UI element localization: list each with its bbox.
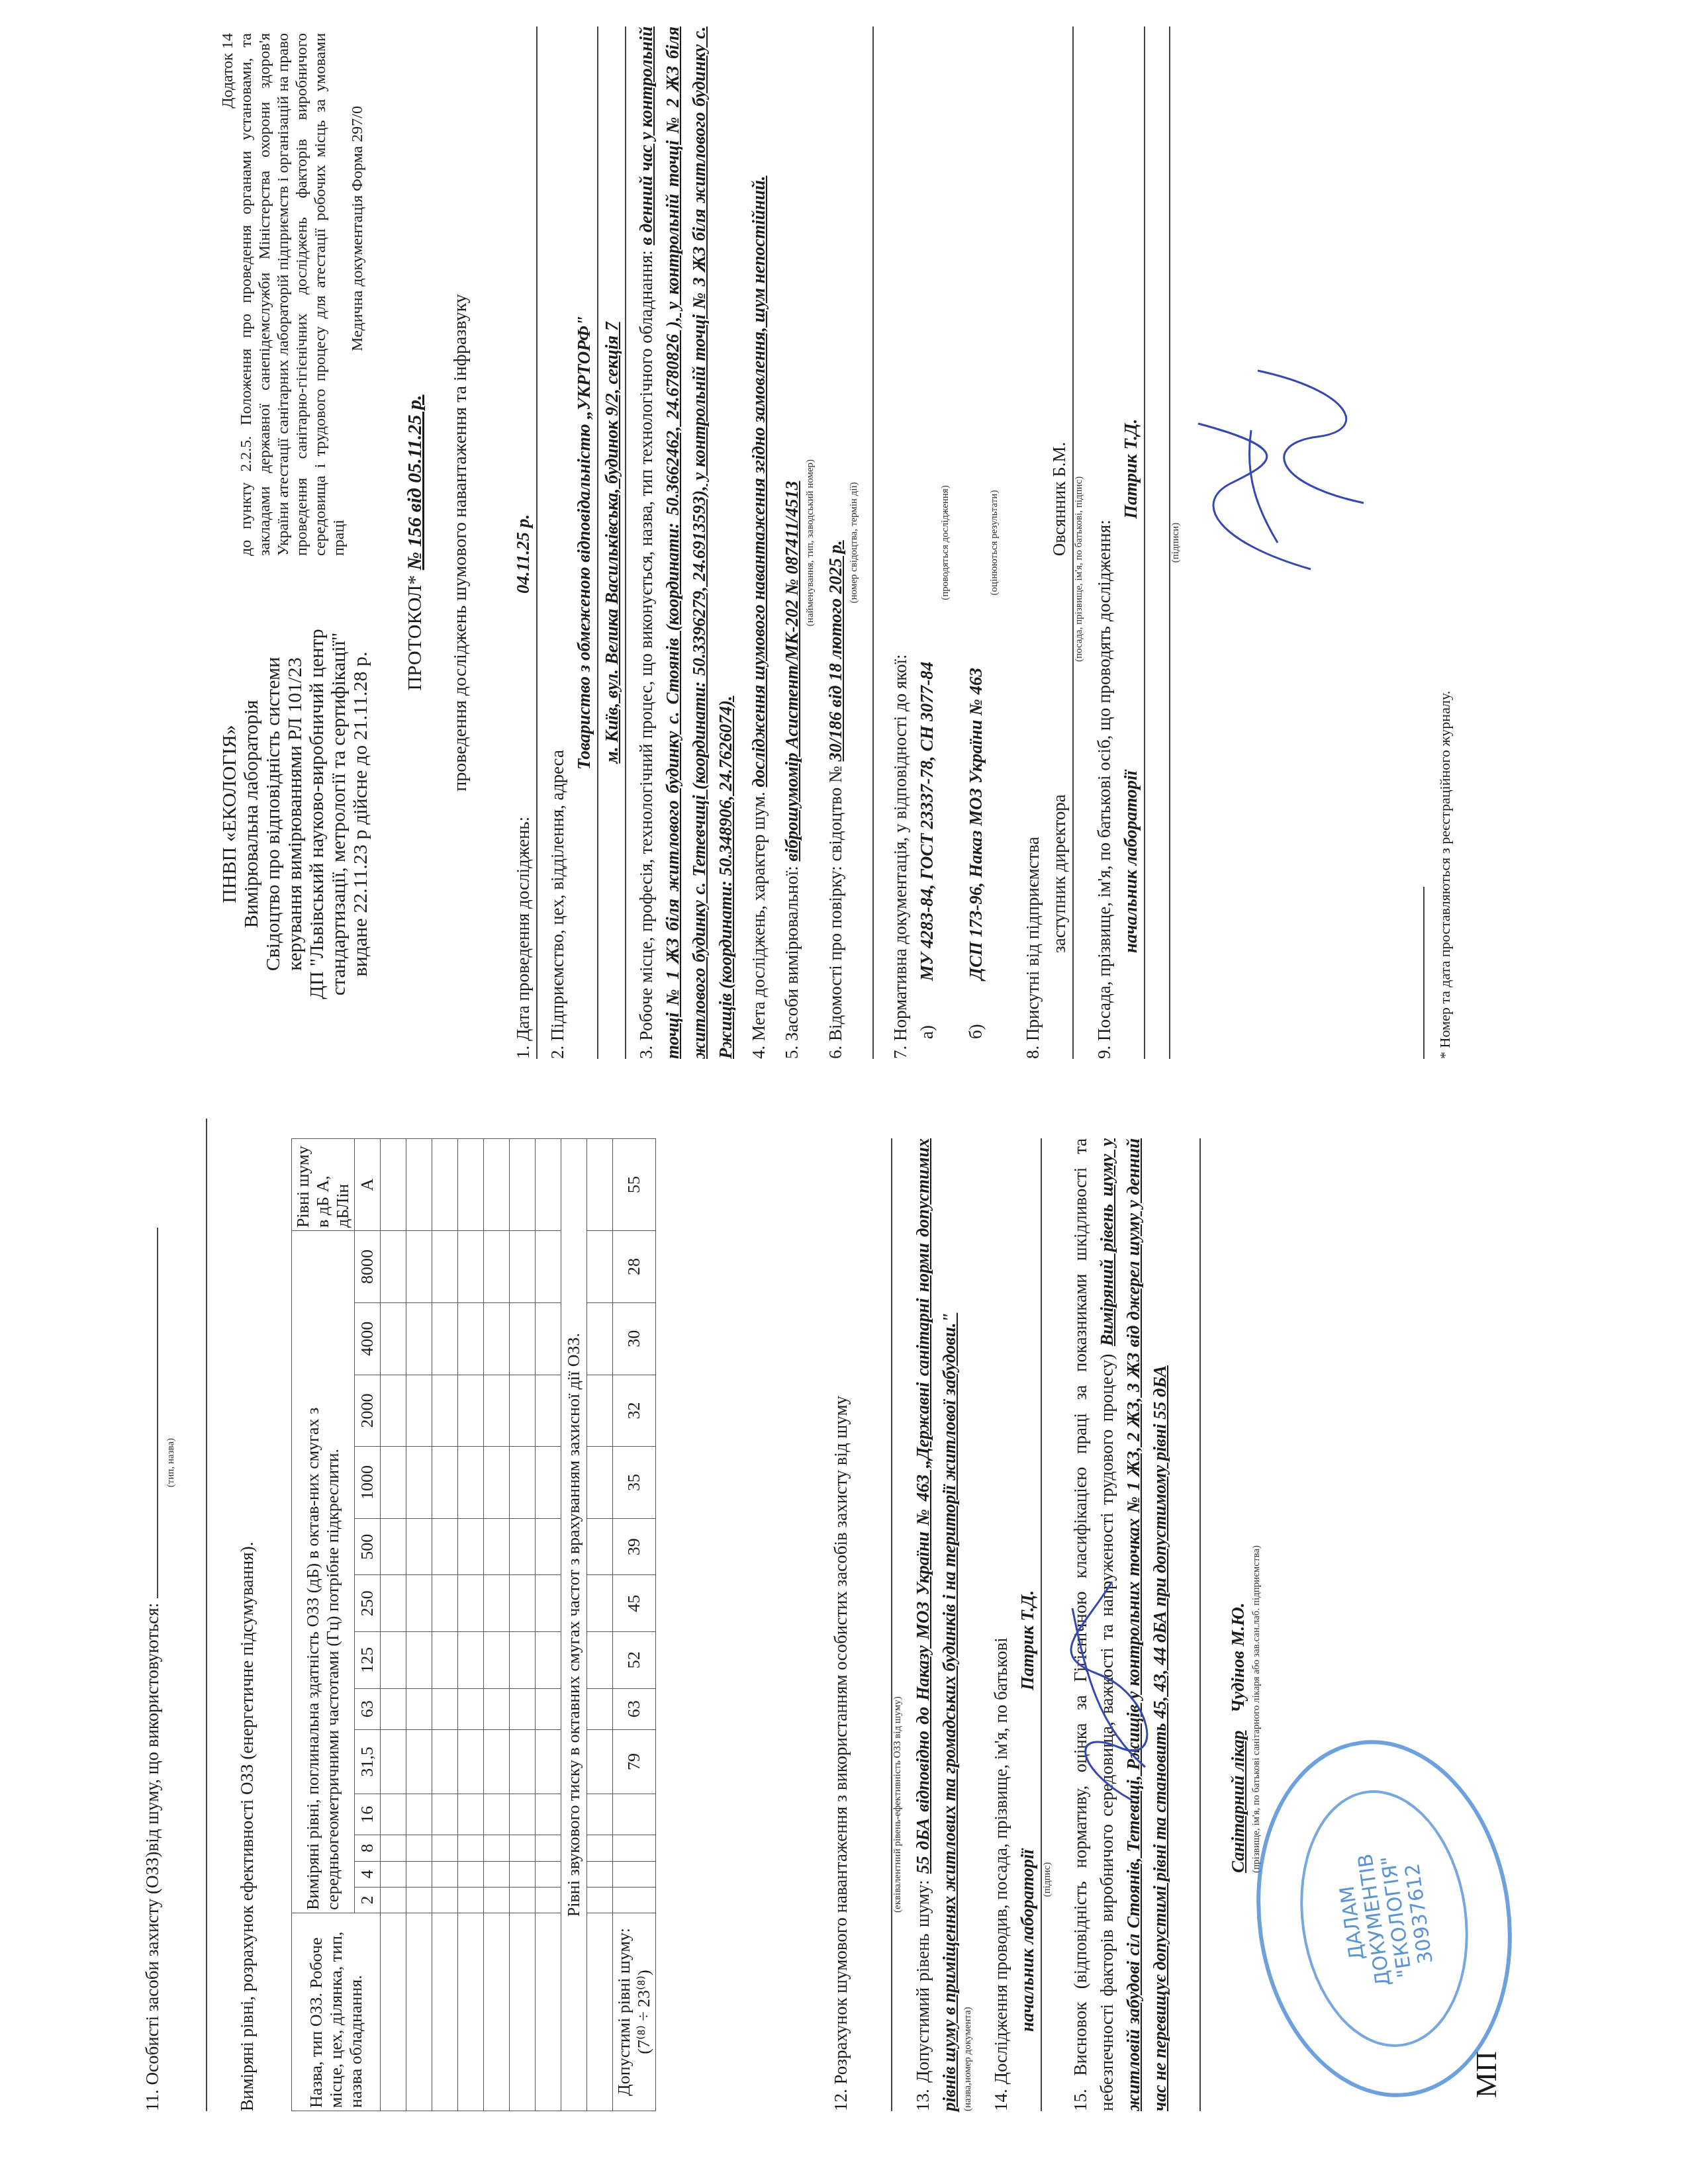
table-cell bbox=[510, 1632, 536, 1689]
table-cell bbox=[587, 1913, 613, 2111]
normative-label: 7. Нормативна документація, у відповідно… bbox=[887, 26, 914, 1059]
table-cell bbox=[432, 1887, 458, 1913]
table-cell bbox=[536, 1447, 561, 1519]
frequency-header: 2 bbox=[355, 1887, 381, 1913]
cert-line: ДП "Львівський науково-виробничий центр bbox=[306, 569, 328, 1059]
lab-info: ПНВП «ЕКОЛОГІЯ» Вимірювальна лабораторія… bbox=[218, 569, 371, 1059]
allowed-level-cell: 52 bbox=[613, 1632, 656, 1689]
table-cell bbox=[536, 1887, 561, 1913]
col-header-octave-levels: Виміряні рівні, поглинальна здатність ОЗ… bbox=[292, 1231, 355, 1913]
section-11: 11. Особисті засоби захисту (ОЗЗ)від шум… bbox=[139, 1118, 260, 2111]
noise-load-hint: (еквівалентний рівень-ефективність ОЗЗ в… bbox=[892, 1648, 903, 1913]
frequency-header: 8000 bbox=[355, 1231, 381, 1303]
table-cell bbox=[587, 1375, 613, 1447]
table-cell bbox=[432, 1729, 458, 1794]
table-cell bbox=[536, 1688, 561, 1729]
ozz-effect-label: Рівні звукового тиску в октавних смугах … bbox=[561, 1139, 587, 2111]
table-cell bbox=[510, 1861, 536, 1887]
table-cell bbox=[484, 1861, 510, 1887]
normative-a-label: а) bbox=[917, 1025, 937, 1039]
instrument-hint: (найменування, тип, заводський номер) bbox=[805, 26, 816, 1059]
table-cell bbox=[406, 1575, 432, 1632]
table-cell bbox=[432, 1913, 458, 2111]
table-cell bbox=[484, 1913, 510, 2111]
allowed-level-hint: (назва,номер документа) bbox=[962, 1138, 973, 2111]
table-cell bbox=[432, 1139, 458, 1231]
workplace-label: 3. Робоче місце, професія, технологічний… bbox=[636, 250, 656, 1059]
table-cell bbox=[510, 1231, 536, 1303]
table-cell bbox=[381, 1231, 406, 1303]
ozz-effect-row: Рівні звукового тиску в октавних смугах … bbox=[561, 1139, 587, 2111]
ozz-used-hint: (тип, назва) bbox=[165, 1277, 176, 1648]
table-cell bbox=[458, 1575, 484, 1632]
table-cell bbox=[587, 1518, 613, 1575]
table-row bbox=[536, 1139, 561, 2111]
table-cell bbox=[510, 1913, 536, 2111]
header: ПНВП «ЕКОЛОГІЯ» Вимірювальна лабораторія… bbox=[218, 26, 391, 1059]
table-cell bbox=[510, 1688, 536, 1729]
table-cell bbox=[432, 1518, 458, 1575]
blank-row bbox=[587, 1139, 613, 2111]
normative-b-value: ДСП 173-96, Наказ МОЗ України № 463 bbox=[966, 668, 986, 980]
table-cell bbox=[406, 1447, 432, 1519]
frequency-header: 16 bbox=[355, 1794, 381, 1835]
table-cell bbox=[381, 1447, 406, 1519]
table-cell bbox=[406, 1861, 432, 1887]
normative-b-label: б) bbox=[966, 1024, 986, 1039]
table-cell bbox=[510, 1887, 536, 1913]
protocol-label: ПРОТОКОЛ* bbox=[404, 575, 426, 691]
table-cell bbox=[536, 1231, 561, 1303]
allowed-level-cell bbox=[613, 1861, 656, 1887]
appendix-text: до пункту 2.2.5. Положення про проведенн… bbox=[237, 33, 348, 556]
table-cell bbox=[381, 1302, 406, 1375]
purpose-label: 4. Мета досліджень, характер шум. bbox=[749, 792, 769, 1059]
table-cell bbox=[432, 1861, 458, 1887]
researchers-name: Патрик Т.Д. bbox=[1117, 419, 1144, 519]
table-cell bbox=[510, 1835, 536, 1861]
table-cell bbox=[510, 1729, 536, 1794]
table-cell bbox=[484, 1632, 510, 1689]
allowed-level-cell bbox=[613, 1794, 656, 1835]
allowed-levels-label: Допустимі рівні шуму: (7⁽⁸⁾ ÷ 23⁽⁸⁾) bbox=[613, 1913, 656, 2111]
signature-head-icon bbox=[1244, 357, 1377, 516]
table-cell bbox=[536, 1729, 561, 1794]
footnote-divider bbox=[1423, 887, 1425, 1059]
table-cell bbox=[381, 1375, 406, 1447]
table-cell bbox=[406, 1887, 432, 1913]
researchers-role: начальник лабораторії bbox=[1117, 770, 1144, 953]
table-cell bbox=[587, 1835, 613, 1861]
protocol-subtitle: проведення досліджень шумового навантаже… bbox=[450, 26, 471, 1059]
researchers-label: 9. Посада, прізвище, ім'я, по батькові о… bbox=[1091, 26, 1117, 1059]
instrument-value: віброшумомір Асистент/МК-202 № 087411/45… bbox=[782, 481, 802, 862]
left-page: 11. Особисті засоби захисту (ОЗЗ)від шум… bbox=[0, 1118, 1688, 2111]
table-cell bbox=[381, 1632, 406, 1689]
table-cell bbox=[458, 1518, 484, 1575]
table-cell bbox=[458, 1887, 484, 1913]
allowed-level-label: 13. Допустимий рівень шуму: bbox=[913, 1880, 933, 2111]
table-cell bbox=[587, 1887, 613, 1913]
table-cell bbox=[536, 1632, 561, 1689]
ozz-efficiency-table: Назва, тип ОЗЗ. Робоче місце, цех, ділян… bbox=[291, 1138, 656, 2111]
ozz-used-label: 11. Особисті засоби захисту (ОЗЗ)від шум… bbox=[142, 1603, 162, 2111]
frequency-header: 8 bbox=[355, 1835, 381, 1861]
table-row bbox=[432, 1139, 458, 2111]
divider bbox=[872, 26, 874, 1059]
table-cell bbox=[406, 1632, 432, 1689]
table-title: Виміряні рівні, розрахунок ефективності … bbox=[234, 1118, 260, 2111]
enterprise-label: 2. Підприємство, цех, відділення, адреса bbox=[544, 26, 571, 1059]
table-cell bbox=[381, 1794, 406, 1835]
appendix-title: Додаток 14 bbox=[218, 33, 237, 556]
col-header-noise-level: Рівні шуму в дБ А, дБЛін bbox=[292, 1139, 355, 1231]
table-cell bbox=[484, 1518, 510, 1575]
allowed-level-cell: 32 bbox=[613, 1375, 656, 1447]
table-cell bbox=[510, 1302, 536, 1375]
instrument-label: 5. Засоби вимірювальної: bbox=[782, 866, 802, 1059]
table-cell bbox=[381, 1835, 406, 1861]
allowed-level-cell: 28 bbox=[613, 1231, 656, 1303]
frequency-header: 125 bbox=[355, 1632, 381, 1689]
table-cell bbox=[458, 1861, 484, 1887]
right-page: ПНВП «ЕКОЛОГІЯ» Вимірювальна лабораторія… bbox=[0, 26, 1688, 1059]
signature-researcher-icon bbox=[1059, 1569, 1165, 1807]
enterprise-address: м. Київ, вул. Велика Васильківська, буди… bbox=[598, 26, 626, 1059]
frequency-header: 1000 bbox=[355, 1447, 381, 1519]
table-cell bbox=[536, 1913, 561, 2111]
table-cell bbox=[587, 1861, 613, 1887]
cert-line: стандартизації, метрології та сертифікац… bbox=[328, 569, 350, 1059]
table-cell bbox=[484, 1794, 510, 1835]
appendix-info: Додаток 14 до пункту 2.2.5. Положення пр… bbox=[218, 33, 367, 556]
divider bbox=[891, 1138, 892, 2111]
protocol-title: ПРОТОКОЛ* № 156 від 05.11.25 р. bbox=[404, 26, 426, 1059]
table-cell bbox=[381, 1913, 406, 2111]
table-cell bbox=[587, 1447, 613, 1519]
frequency-header: 31,5 bbox=[355, 1729, 381, 1794]
ozz-used-field bbox=[157, 1228, 158, 1598]
table-cell bbox=[406, 1835, 432, 1861]
verification-label: 6. Відомості про повірку: свідоцтво № bbox=[825, 766, 845, 1059]
table-cell bbox=[484, 1688, 510, 1729]
table-cell bbox=[458, 1913, 484, 2111]
table-cell bbox=[536, 1861, 561, 1887]
table-cell bbox=[406, 1302, 432, 1375]
table-cell bbox=[381, 1887, 406, 1913]
table-cell bbox=[458, 1231, 484, 1303]
allowed-level-cell: 63 bbox=[613, 1688, 656, 1729]
col-header-ozz-name: Назва, тип ОЗЗ. Робоче місце, цех, ділян… bbox=[292, 1913, 381, 2111]
table-cell bbox=[587, 1632, 613, 1689]
present-hint: (посада, прізвище, ім'я, по батькові, пі… bbox=[1074, 26, 1084, 662]
table-cell bbox=[510, 1447, 536, 1519]
table-cell bbox=[484, 1729, 510, 1794]
footnote: * Номер та дата проставляються з реєстра… bbox=[1436, 691, 1454, 1059]
doctor-role: Санітарний лікар bbox=[1228, 1731, 1248, 1873]
researcher-name: Патрик Т.Д. bbox=[1014, 1590, 1041, 1690]
table-cell bbox=[484, 1447, 510, 1519]
table-cell bbox=[510, 1518, 536, 1575]
table-row bbox=[484, 1139, 510, 2111]
table-cell bbox=[432, 1231, 458, 1303]
allowed-levels-row: Допустимі рівні шуму: (7⁽⁸⁾ ÷ 23⁽⁸⁾)7963… bbox=[613, 1139, 656, 2111]
table-cell bbox=[406, 1375, 432, 1447]
lab-name: Вимірювальна лабораторія bbox=[240, 569, 262, 1059]
table-cell bbox=[432, 1688, 458, 1729]
table-cell bbox=[406, 1913, 432, 2111]
present-role: заступник директора bbox=[1046, 794, 1072, 953]
table-cell bbox=[432, 1447, 458, 1519]
date-label: 1. Дата проведення досліджень: bbox=[513, 817, 533, 1059]
protocol-number: № 156 від 05.11.25 р. bbox=[404, 394, 426, 570]
table-cell bbox=[484, 1231, 510, 1303]
table-cell bbox=[510, 1139, 536, 1231]
table-cell bbox=[432, 1302, 458, 1375]
cert-line: керування вимірюваннями РЛ 101/23 bbox=[284, 569, 306, 1059]
date-value: 04.11.25 р. bbox=[513, 514, 533, 594]
table-cell bbox=[536, 1575, 561, 1632]
table-cell bbox=[510, 1375, 536, 1447]
allowed-level-cell: 39 bbox=[613, 1518, 656, 1575]
frequency-header: 63 bbox=[355, 1688, 381, 1729]
table-cell bbox=[458, 1729, 484, 1794]
table-cell bbox=[510, 1575, 536, 1632]
section-12: 12. Розрахунок шумового навантаження з в… bbox=[827, 1138, 1262, 2111]
verification-value: 30/186 від 18 лютого 2025 р. bbox=[825, 540, 845, 761]
level-unit-header: А bbox=[355, 1139, 381, 1231]
allowed-level-cell: 45 bbox=[613, 1575, 656, 1632]
table-cell bbox=[536, 1794, 561, 1835]
verification-hint: (номер свідоцтва, термін дії) bbox=[849, 26, 859, 1059]
table-cell bbox=[458, 1139, 484, 1231]
table-cell bbox=[406, 1688, 432, 1729]
table-cell bbox=[458, 1794, 484, 1835]
frequency-header: 4 bbox=[355, 1861, 381, 1887]
doctor-name: Чудінов М.Ю. bbox=[1228, 1603, 1248, 1713]
table-row bbox=[458, 1139, 484, 2111]
table-cell bbox=[587, 1794, 613, 1835]
org-name: ПНВП «ЕКОЛОГІЯ» bbox=[218, 569, 240, 1059]
present-label: 8. Присутні від підприємства bbox=[1019, 26, 1046, 1059]
table-cell bbox=[510, 1794, 536, 1835]
table-cell bbox=[458, 1302, 484, 1375]
divider bbox=[206, 1118, 207, 2111]
table-cell bbox=[432, 1794, 458, 1835]
protocol-items: 1. Дата проведення досліджень: 04.11.25 … bbox=[510, 26, 1188, 1059]
purpose-value: дослідження шумового навантаження згідно… bbox=[749, 175, 769, 787]
table-cell bbox=[406, 1794, 432, 1835]
form-number: Медична документація Форма 297/0 bbox=[348, 33, 367, 556]
ozz-table-body: Рівні звукового тиску в октавних смугах … bbox=[381, 1139, 656, 2111]
table-cell bbox=[484, 1575, 510, 1632]
table-cell bbox=[406, 1139, 432, 1231]
researcher-hint: (підпис) bbox=[1042, 1780, 1053, 1979]
doctor-hint: (прізвище, ім'я, по батькові санітарного… bbox=[1251, 1138, 1262, 2111]
allowed-dba-cell: 55 bbox=[613, 1139, 656, 1231]
table-cell bbox=[458, 1375, 484, 1447]
cert-line: Свідоцтво про відповідність системи bbox=[262, 569, 284, 1059]
table-cell bbox=[432, 1375, 458, 1447]
frequency-header: 2000 bbox=[355, 1375, 381, 1447]
table-cell bbox=[406, 1729, 432, 1794]
table-cell bbox=[536, 1139, 561, 1231]
table-cell bbox=[484, 1302, 510, 1375]
table-cell bbox=[381, 1139, 406, 1231]
frequency-header: 500 bbox=[355, 1518, 381, 1575]
table-cell bbox=[536, 1375, 561, 1447]
table-cell bbox=[381, 1575, 406, 1632]
table-cell bbox=[432, 1835, 458, 1861]
table-cell bbox=[484, 1835, 510, 1861]
table-cell bbox=[536, 1302, 561, 1375]
table-cell bbox=[458, 1835, 484, 1861]
allowed-level-cell: 79 bbox=[613, 1729, 656, 1794]
frequency-header: 250 bbox=[355, 1575, 381, 1632]
table-cell bbox=[484, 1887, 510, 1913]
table-cell bbox=[587, 1302, 613, 1375]
noise-load-calc: 12. Розрахунок шумового навантаження з в… bbox=[827, 1138, 854, 2111]
normative-b-hint: (оцінюються результати) bbox=[989, 26, 1000, 1059]
table-cell bbox=[587, 1231, 613, 1303]
table-cell bbox=[587, 1729, 613, 1794]
allowed-level-cell: 35 bbox=[613, 1447, 656, 1519]
table-cell bbox=[381, 1518, 406, 1575]
table-cell bbox=[406, 1518, 432, 1575]
table-cell bbox=[381, 1861, 406, 1887]
seal-place-label: МП bbox=[1470, 2051, 1503, 2098]
cert-line: видане 22.11.23 р дійсне до 21.11.28 р. bbox=[350, 569, 371, 1059]
ozz-table-wrap: Назва, тип ОЗЗ. Робоче місце, цех, ділян… bbox=[291, 1138, 656, 2111]
table-cell bbox=[458, 1447, 484, 1519]
table-row bbox=[406, 1139, 432, 2111]
table-cell bbox=[536, 1518, 561, 1575]
table-cell bbox=[406, 1231, 432, 1303]
table-row bbox=[381, 1139, 406, 2111]
table-cell bbox=[458, 1632, 484, 1689]
table-cell bbox=[484, 1139, 510, 1231]
table-cell bbox=[587, 1139, 613, 1231]
researcher-label: 14. Дослідження проводив, посада, прізви… bbox=[988, 1138, 1014, 2111]
present-name: Овсянник Б.М. bbox=[1046, 442, 1072, 557]
frequency-header: 4000 bbox=[355, 1302, 381, 1375]
table-cell bbox=[432, 1632, 458, 1689]
enterprise-name: Товариство з обмеженою відповідальністю … bbox=[571, 26, 598, 1059]
normative-a-value: МУ 4283-84, ГОСТ 23337-78, СН 3077-84 bbox=[917, 662, 937, 981]
allowed-level-cell: 30 bbox=[613, 1302, 656, 1375]
table-cell bbox=[381, 1688, 406, 1729]
table-cell bbox=[458, 1688, 484, 1729]
researcher-role: начальник лабораторії bbox=[1014, 1849, 1041, 2032]
table-cell bbox=[587, 1688, 613, 1729]
normative-a-hint: (проводяться дослідження) bbox=[940, 26, 951, 1059]
divider bbox=[1199, 1138, 1201, 2111]
allowed-level-cell bbox=[613, 1835, 656, 1861]
table-cell bbox=[536, 1835, 561, 1861]
table-cell bbox=[484, 1375, 510, 1447]
table-row bbox=[510, 1139, 536, 2111]
allowed-level-cell bbox=[613, 1887, 656, 1913]
table-cell bbox=[432, 1575, 458, 1632]
table-cell bbox=[381, 1729, 406, 1794]
scanned-protocol-page: 11. Особисті засоби захисту (ОЗЗ)від шум… bbox=[0, 0, 1688, 2184]
table-cell bbox=[587, 1575, 613, 1632]
